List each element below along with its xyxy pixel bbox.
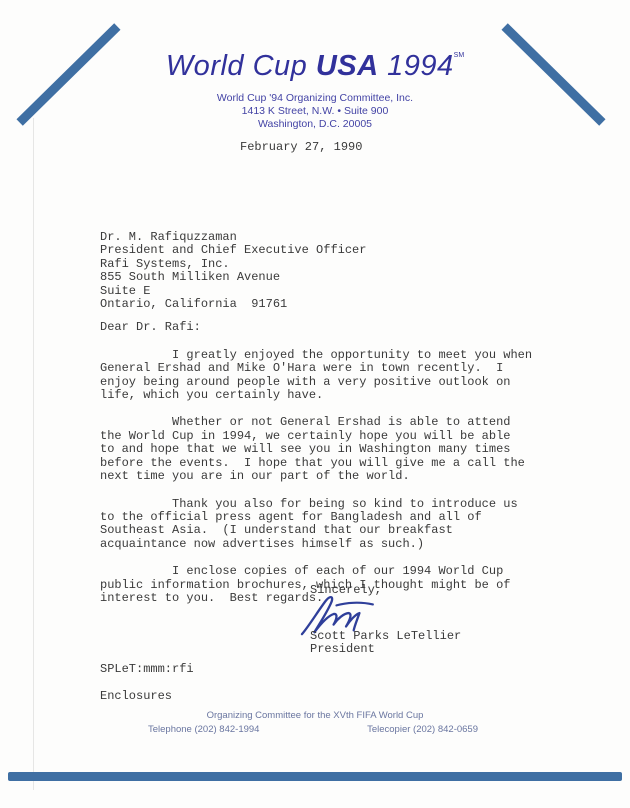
- letter-date: February 27, 1990: [240, 141, 362, 154]
- title-usa: USA: [316, 50, 379, 82]
- paper-scan-edge: [33, 118, 34, 790]
- letterhead: World Cup USA 1994SM World Cup '94 Organ…: [0, 50, 630, 131]
- paragraph-1: I greatly enjoyed the opportunity to mee…: [100, 349, 540, 403]
- title-world-cup: World Cup: [166, 50, 316, 82]
- letterhead-title: World Cup USA 1994SM: [0, 50, 630, 83]
- salutation: Dear Dr. Rafi:: [100, 321, 540, 334]
- footer-committee-line: Organizing Committee for the XVth FIFA W…: [120, 710, 510, 721]
- service-mark: SM: [454, 52, 465, 59]
- paragraph-3: Thank you also for being so kind to intr…: [100, 498, 540, 552]
- paragraph-2: Whether or not General Ershad is able to…: [100, 416, 540, 483]
- footer-telephone: Telephone (202) 842-1994: [148, 724, 259, 735]
- reference-initials: SPLeT:mmm:rfi: [100, 663, 194, 676]
- signer-title: President: [310, 643, 375, 656]
- footer-contact-line: Telephone (202) 842-1994 Telecopier (202…: [148, 724, 478, 735]
- title-1994: 1994: [379, 50, 454, 82]
- letter-body: Dr. M. Rafiquzzaman President and Chief …: [100, 231, 540, 619]
- enclosures-notation: Enclosures: [100, 690, 172, 703]
- footer-telecopier: Telecopier (202) 842-0659: [367, 724, 478, 735]
- bottom-bar-decoration: [8, 772, 622, 781]
- letter-page: World Cup USA 1994SM World Cup '94 Organ…: [0, 0, 630, 808]
- recipient-address-block: Dr. M. Rafiquzzaman President and Chief …: [100, 231, 540, 311]
- letterhead-address: World Cup '94 Organizing Committee, Inc.…: [0, 92, 630, 131]
